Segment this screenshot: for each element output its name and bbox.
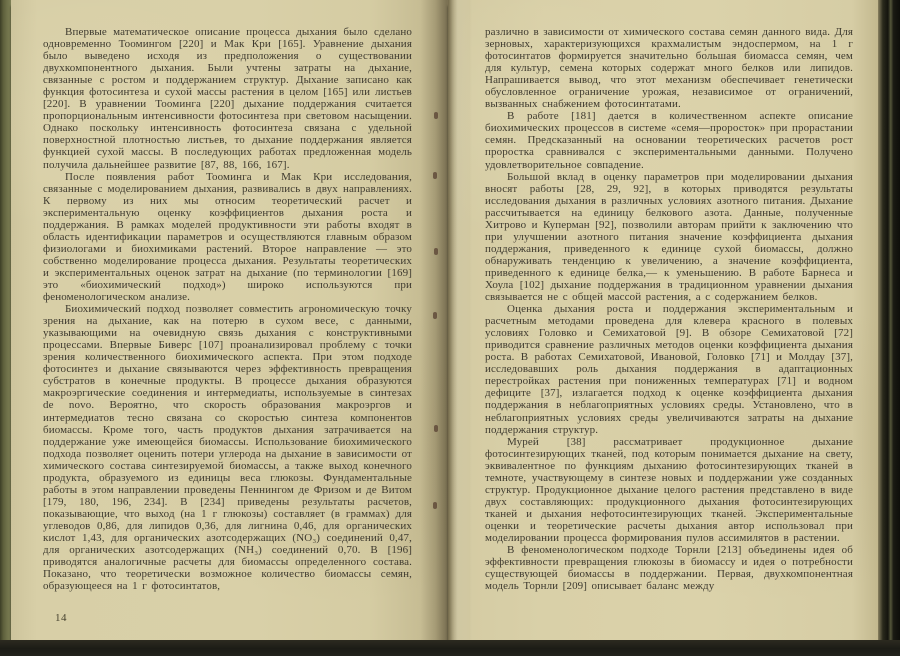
paragraph: Биохимический подход позволяет совместит… xyxy=(43,303,412,592)
stitch-mark xyxy=(433,312,437,319)
paragraph: Большой вклад в оценку параметров при мо… xyxy=(485,171,853,304)
paragraph: различно в зависимости от химического со… xyxy=(485,26,853,110)
book-cover-edge-right xyxy=(878,0,900,656)
stitch-mark xyxy=(434,248,438,255)
paragraph: После появления работ Тооминга и Мак Кри… xyxy=(43,171,412,304)
paragraph: Оценка дыхания роста и поддержания экспе… xyxy=(485,303,853,436)
scan-background-bottom xyxy=(0,640,900,656)
paragraph: Впервые математическое описание процесса… xyxy=(43,26,412,171)
left-page-text: Впервые математическое описание процесса… xyxy=(43,26,412,592)
page-number-left: 14 xyxy=(55,612,67,624)
paragraph: В феноменологическом подходе Торнли [213… xyxy=(485,544,853,592)
stitch-mark xyxy=(434,112,438,119)
paragraph: Мурей [38] рассматривает продукционное д… xyxy=(485,436,853,544)
paragraph: В работе [181] дается в количественном а… xyxy=(485,110,853,170)
stitch-mark xyxy=(433,502,437,509)
right-page-text: различно в зависимости от химического со… xyxy=(485,26,853,592)
stitch-mark xyxy=(434,425,438,432)
stitch-mark xyxy=(433,172,437,179)
book-scan: 14 15 Впервые математическое описание пр… xyxy=(0,0,900,656)
book-cover-edge-left xyxy=(0,0,11,648)
